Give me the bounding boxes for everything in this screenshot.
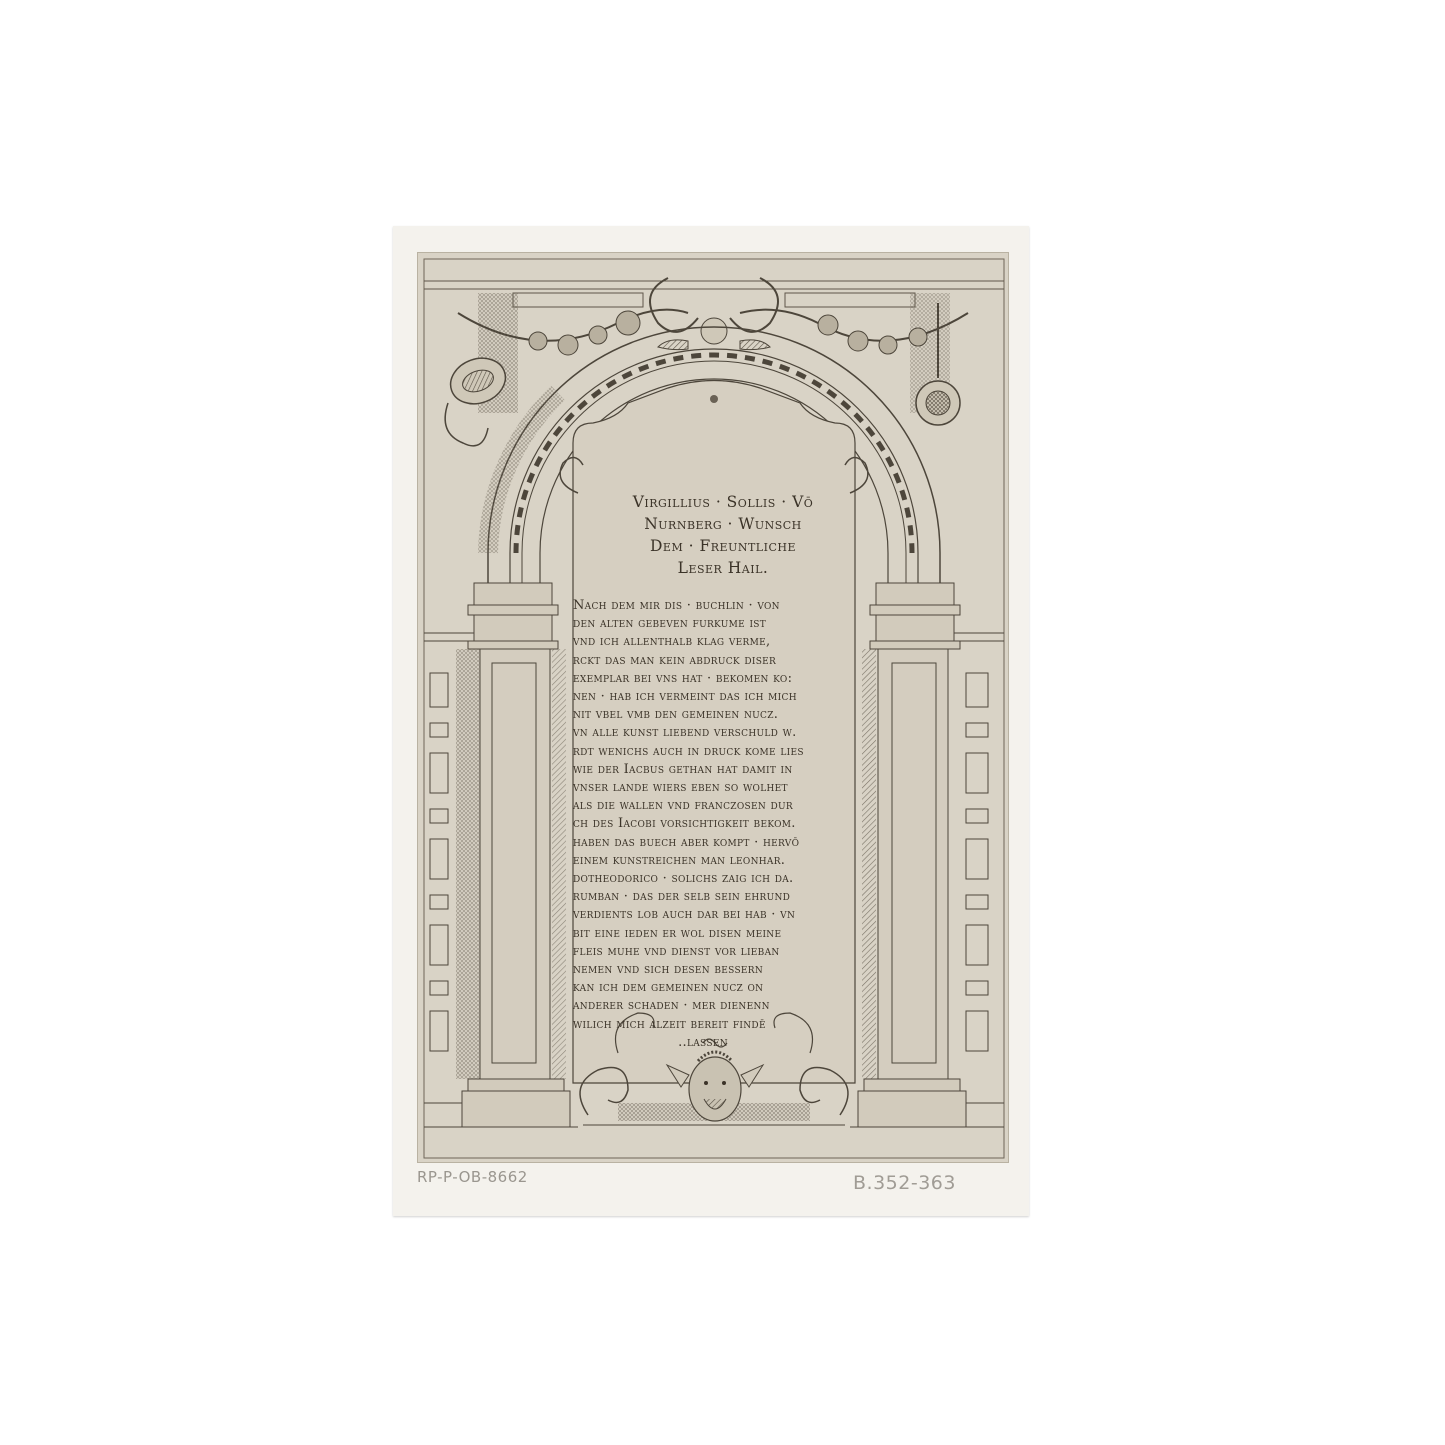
heading-line: Virgillius · Sollis · Vō	[573, 491, 873, 513]
body-line: nemen vnd sich desen bessern	[573, 961, 873, 979]
body-line: Nach dem mir dis · buchlin · von	[573, 597, 873, 615]
heading-line: Leser Hail.	[573, 557, 873, 579]
body-line: kan ich dem gemeinen nucz on	[573, 979, 873, 997]
body-line: dotheodorico · solichs zaig ich da.	[573, 870, 873, 888]
body-line: vnd ich allenthalb klag verme,	[573, 633, 873, 651]
body-line: wilich mich alzeit bereit findē	[573, 1016, 873, 1034]
body-line: vn alle kunst liebend verschuld w.	[573, 724, 873, 742]
body-line: einem kunstreichen man leonhar.	[573, 852, 873, 870]
engraved-plate: Virgillius · Sollis · Vō Nurnberg · Wuns…	[417, 252, 1009, 1163]
body-line: nen · hab ich vermeint das ich mich	[573, 688, 873, 706]
inventory-number: RP-P-OB-8662	[417, 1168, 528, 1186]
body-line: haben das buech aber kompt · hervō	[573, 834, 873, 852]
inscription: Virgillius · Sollis · Vō Nurnberg · Wuns…	[573, 491, 873, 1052]
body-line: nit vbel vmb den gemeinen nucz.	[573, 706, 873, 724]
catalog-reference: B.352-363	[853, 1172, 956, 1194]
heading-line: Nurnberg · Wunsch	[573, 513, 873, 535]
heading-line: Dem · Freuntliche	[573, 535, 873, 557]
body-line: ..lassen	[573, 1034, 873, 1052]
body-line: rumban · das der selb sein ehrund	[573, 888, 873, 906]
body-line: wie der Iacbus gethan hat damit in	[573, 761, 873, 779]
inscription-body: Nach dem mir dis · buchlin · von den alt…	[573, 597, 873, 1052]
body-line: bit eine ieden er wol disen meine	[573, 925, 873, 943]
body-line: als die wallen vnd franczosen dur	[573, 797, 873, 815]
body-line: den alten gebeven furkume ist	[573, 615, 873, 633]
body-line: ch des Iacobi vorsichtigkeit bekom.	[573, 815, 873, 833]
body-line: vnser lande wiers eben so wolhet	[573, 779, 873, 797]
body-line: exemplar bei vns hat · bekomen ko:	[573, 670, 873, 688]
body-line: rdt wenichs auch in druck kome lies	[573, 743, 873, 761]
inscription-heading: Virgillius · Sollis · Vō Nurnberg · Wuns…	[573, 491, 873, 579]
body-line: verdients lob auch dar bei hab · vn	[573, 906, 873, 924]
body-line: fleis muhe vnd dienst vor lieban	[573, 943, 873, 961]
body-line: rckt das man kein abdruck diser	[573, 652, 873, 670]
body-line: anderer schaden · mer dienenn	[573, 997, 873, 1015]
print-mount: Virgillius · Sollis · Vō Nurnberg · Wuns…	[393, 226, 1029, 1216]
